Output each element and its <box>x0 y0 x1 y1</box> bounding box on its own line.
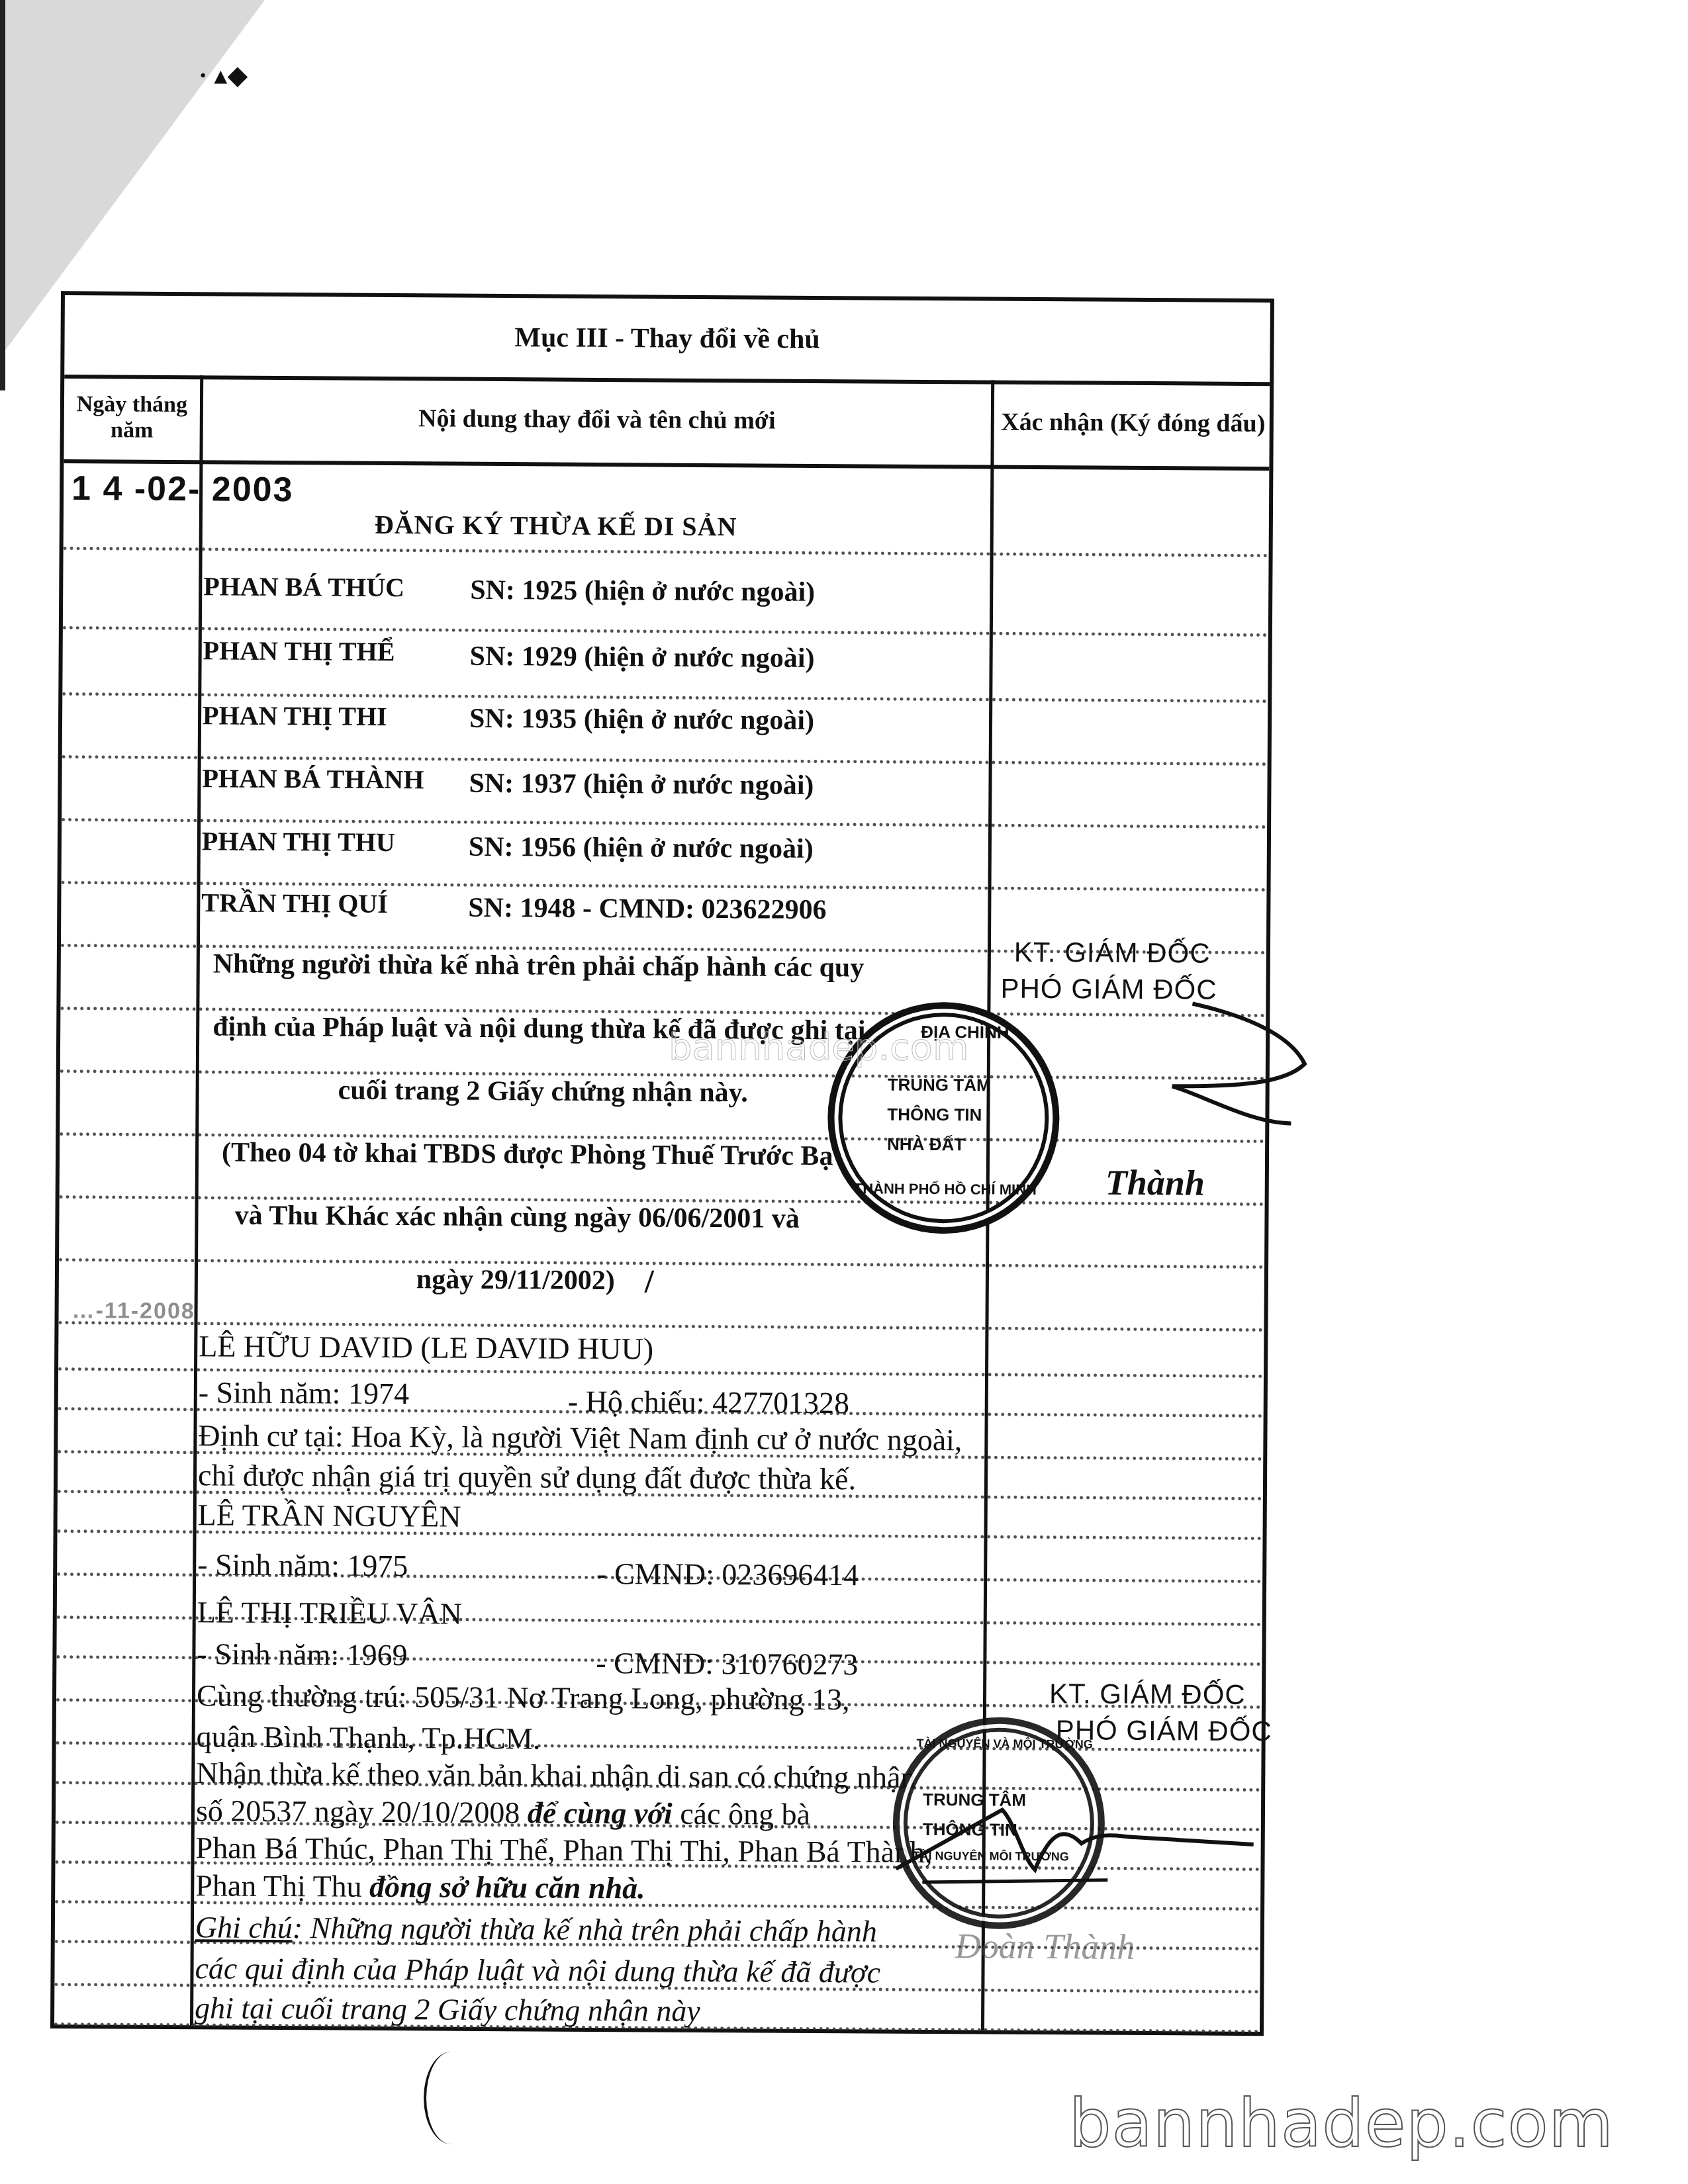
stamp-text: THÔNG TIN <box>887 1105 982 1126</box>
id-number: - CMND: 310760273 <box>596 1645 858 1682</box>
content-line: chỉ được nhận giá trị quyền sử dụng đất … <box>198 1457 856 1496</box>
birth-year: - Sinh năm: 1974 <box>199 1375 409 1411</box>
scan-specks: · ▴◆ <box>199 60 248 91</box>
note-line: (Theo 04 tờ khai TBDS được Phòng Thuế Tr… <box>222 1137 833 1173</box>
entry-date: …-11-2008 <box>71 1298 195 1324</box>
dotted-ruling <box>59 1258 1264 1269</box>
heir-name: TRẦN THỊ QUÍ <box>201 887 388 919</box>
content-line: Định cư tại: Hoa Kỳ, là người Việt Nam đ… <box>198 1418 962 1457</box>
signature-stroke-icon <box>973 962 1338 1163</box>
content-line: LÊ HỮU DAVID (LE DAVID HUU) <box>199 1328 653 1366</box>
passport-number: - Hộ chiếu: 427701328 <box>568 1384 850 1421</box>
note-line: ngày 29/11/2002) <box>416 1263 615 1297</box>
note-line: và Thu Khác xác nhận cùng ngày 06/06/200… <box>234 1200 800 1235</box>
content-line: Phan Thị Thu đồng sở hữu căn nhà. <box>195 1868 645 1905</box>
signature-stroke-icon <box>882 1770 1280 1891</box>
birth-year: - Sinh năm: 1975 <box>197 1547 408 1583</box>
heir-info: SN: 1925 (hiện ở nước ngoài) <box>470 574 815 608</box>
note-line: Ghi chú: Những người thừa kế nhà trên ph… <box>195 1909 877 1948</box>
note-line: các qui định của Pháp luật và nội dung t… <box>195 1950 880 1989</box>
entry-date: 1 4 -02- 2003 <box>71 469 294 510</box>
confirm-title: KT. GIÁM ĐỐC <box>1049 1678 1246 1711</box>
note-label: Ghi chú <box>195 1910 293 1944</box>
entry-heading: ĐĂNG KÝ THỪA KẾ DI SẢN <box>375 509 737 542</box>
content-line: Nhận thừa kế theo văn bản khai nhận di s… <box>196 1755 915 1795</box>
heir-info: SN: 1929 (hiện ở nước ngoài) <box>469 641 814 674</box>
address-line: Cùng thường trú: 505/31 Nơ Trang Long, p… <box>197 1678 850 1717</box>
content-line: LÊ TRẦN NGUYÊN <box>198 1497 461 1533</box>
stamp-text: NHÀ ĐẤT <box>887 1134 964 1156</box>
id-number: - CMND: 023696414 <box>596 1556 859 1592</box>
watermark: bannhadep.com <box>1069 2085 1614 2162</box>
content-line: số 20537 ngày 20/10/2008 để cùng với các… <box>196 1793 810 1832</box>
heir-info: SN: 1935 (hiện ở nước ngoài) <box>469 703 814 737</box>
watermark-faint: bannhadep.com <box>669 1026 969 1069</box>
section-title: Mục III - Thay đổi về chủ <box>64 295 1270 386</box>
page-edge <box>0 0 5 390</box>
heir-info: SN: 1948 - CMND: 023622906 <box>468 892 827 926</box>
note-line: ghi tại cuối trang 2 Giấy chứng nhận này <box>195 1990 700 2028</box>
header-date: Ngày tháng năm <box>64 375 200 460</box>
signature: Đoàn Thành <box>955 1925 1135 1968</box>
address-line: quận Bình Thạnh, Tp.HCM. <box>197 1719 541 1756</box>
dotted-ruling <box>64 547 1268 557</box>
content-line: Phan Bá Thúc, Phan Thị Thể, Phan Thị Thi… <box>195 1830 932 1870</box>
table-header: Ngày tháng năm Nội dung thay đổi và tên … <box>64 375 1270 471</box>
heir-name: PHAN THỊ THỂ <box>203 635 395 667</box>
heir-name: PHAN BÁ THÚC <box>203 570 404 603</box>
ownership-change-table: Mục III - Thay đổi về chủ Ngày tháng năm… <box>50 291 1274 2036</box>
content-line: LÊ THỊ TRIỀU VÂN <box>197 1594 462 1631</box>
note-line: cuối trang 2 Giấy chứng nhận này. <box>338 1075 747 1109</box>
check-mark-icon: / <box>645 1261 654 1300</box>
heir-info: SN: 1956 (hiện ở nước ngoài) <box>469 831 814 865</box>
heir-name: PHAN THỊ THU <box>202 825 395 858</box>
heir-name: PHAN THỊ THI <box>203 700 387 732</box>
signature: Thành <box>1105 1162 1205 1204</box>
stamp-text: THÀNH PHỐ HỒ CHÍ MINH <box>854 1180 1037 1199</box>
birth-year: - Sinh năm: 1969 <box>197 1636 407 1672</box>
heir-name: PHAN BÁ THÀNH <box>202 762 424 795</box>
pen-mark <box>424 2052 479 2144</box>
stamp-text: TÀI NGUYÊN VÀ MÔI TRƯỜNG <box>917 1737 1093 1752</box>
header-confirm: Xác nhận (Ký đóng dấu) <box>994 381 1272 467</box>
header-content: Nội dung thay đổi và tên chủ mới <box>203 375 991 465</box>
heir-info: SN: 1937 (hiện ở nước ngoài) <box>469 768 814 801</box>
note-line: Những người thừa kế nhà trên phải chấp h… <box>213 948 865 983</box>
